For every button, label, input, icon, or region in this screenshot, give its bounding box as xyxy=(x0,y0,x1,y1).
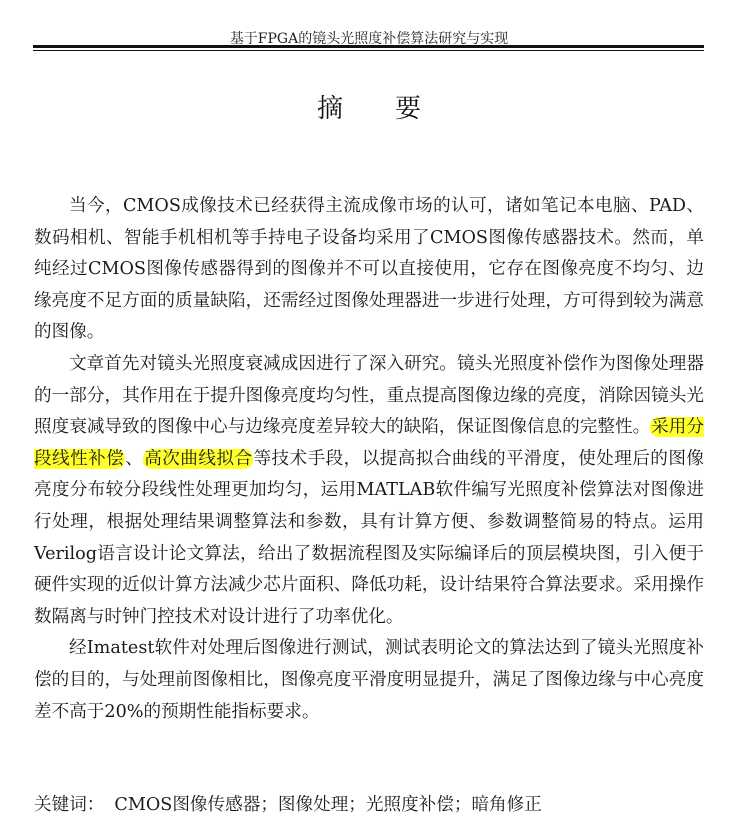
keywords-value: CMOS图像传感器；图像处理；光照度补偿；暗角修正 xyxy=(114,795,541,815)
title-char-2: 要 xyxy=(395,88,421,125)
title-char-1: 摘 xyxy=(317,88,343,125)
abstract-paragraph-1: 当今，CMOS成像技术已经获得主流成像市场的认可，诸如笔记本电脑、PAD、数码相… xyxy=(34,191,704,349)
paragraph-2-after: 等技术手段，以提高拟合曲线的平滑度，使处理后的图像亮度分布较分段线性处理更加均匀… xyxy=(34,449,704,627)
page-title: 摘要 xyxy=(0,88,738,125)
keywords-line: 关键词：CMOS图像传感器；图像处理；光照度补偿；暗角修正 xyxy=(34,791,542,819)
paragraph-2-before: 文章首先对镜头光照度衰减成因进行了深入研究。镜头光照度补偿作为图像处理器的一部分… xyxy=(34,354,704,437)
highlight-curve-fitting[interactable]: 高次曲线拟合 xyxy=(143,449,253,469)
header-rule-thick xyxy=(33,45,704,48)
header-rule-thin xyxy=(33,50,704,51)
abstract-paragraph-3: 经Imatest软件对处理后图像进行测试，测试表明论文的算法达到了镜头光照度补偿… xyxy=(34,633,704,728)
keywords-label: 关键词： xyxy=(34,795,104,815)
abstract-paragraph-2: 文章首先对镜头光照度衰减成因进行了深入研究。镜头光照度补偿作为图像处理器的一部分… xyxy=(34,349,704,633)
highlight-separator: 、 xyxy=(125,449,143,469)
abstract-body: 当今，CMOS成像技术已经获得主流成像市场的认可，诸如笔记本电脑、PAD、数码相… xyxy=(34,191,704,728)
